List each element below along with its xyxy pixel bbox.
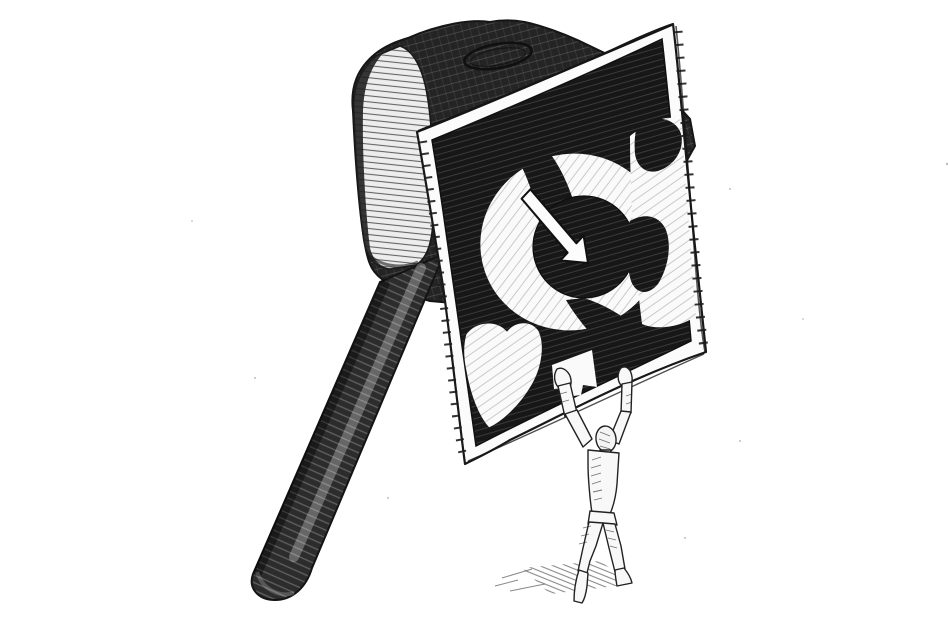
illustration-canvas [40, 16, 948, 609]
editorial-illustration: Black-and-white pen-and-ink cartoon: a t… [40, 16, 948, 609]
man-right-forearm [621, 382, 632, 414]
